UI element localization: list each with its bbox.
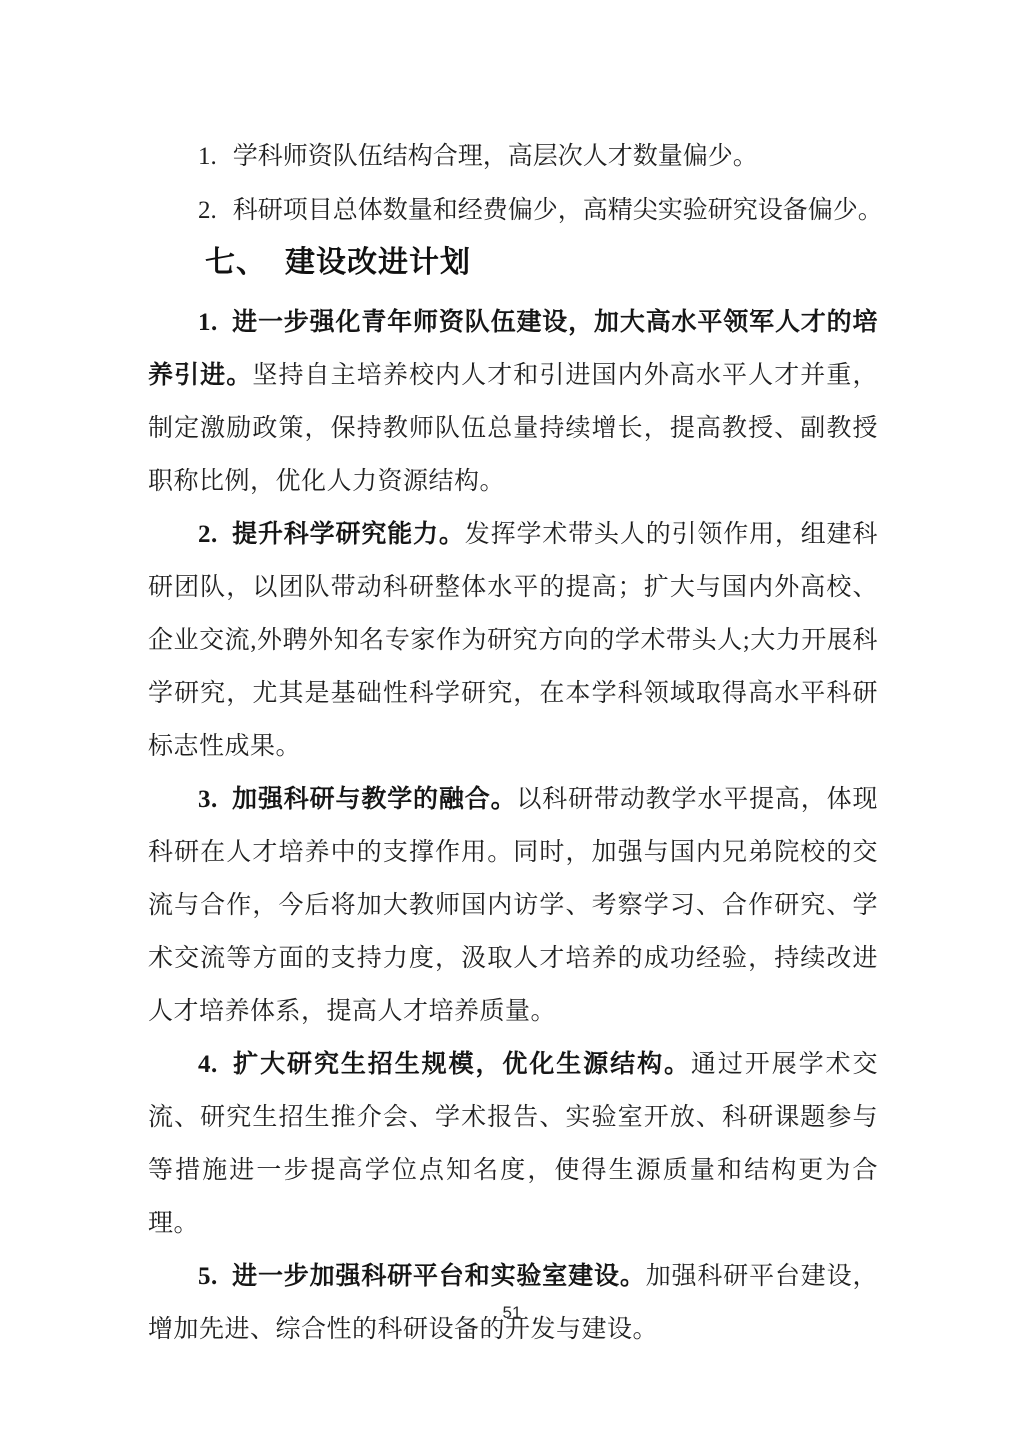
list-item-text: 学科师资队伍结构合理，高层次人才数量偏少。 [233, 143, 758, 170]
paragraph-lead-bold: 2.提升科学研究能力。 [198, 521, 465, 548]
document-page: 1.学科师资队伍结构合理，高层次人才数量偏少。 2.科研项目总体数量和经费偏少，… [0, 0, 1024, 1448]
plan-paragraph: 3.加强科研与教学的融合。以科研带动教学水平提高，体现科研在人才培养中的支撑作用… [148, 773, 878, 1038]
list-item-number: 2. [198, 197, 217, 224]
section-heading: 七、建设改进计划 [148, 242, 878, 284]
paragraph-number: 5. [198, 1263, 218, 1290]
conclusion-list: 1.学科师资队伍结构合理，高层次人才数量偏少。 2.科研项目总体数量和经费偏少，… [148, 130, 878, 238]
paragraph-lead-bold: 4.扩大研究生招生规模，优化生源结构。 [198, 1051, 691, 1078]
paragraph-number: 3. [198, 786, 218, 813]
list-item-text: 科研项目总体数量和经费偏少，高精尖实验研究设备偏少。 [233, 197, 883, 224]
paragraph-lead-text: 提升科学研究能力。 [232, 521, 465, 548]
document-content: 1.学科师资队伍结构合理，高层次人才数量偏少。 2.科研项目总体数量和经费偏少，… [148, 130, 878, 1356]
paragraph-body-text: 通过开展学术交流、研究生招生推介会、学术报告、实验室开放、科研课题参与等措施进一… [148, 1051, 878, 1237]
plan-paragraph: 1.进一步强化青年师资队伍建设，加大高水平领军人才的培养引进。坚持自主培养校内人… [148, 296, 878, 508]
paragraph-body-text: 发挥学术带头人的引领作用，组建科研团队，以团队带动科研整体水平的提高；扩大与国内… [148, 521, 878, 760]
paragraph-lead-text: 加强科研与教学的融合。 [232, 786, 517, 813]
page-number: 51 [503, 1303, 522, 1322]
plan-paragraph: 2.提升科学研究能力。发挥学术带头人的引领作用，组建科研团队，以团队带动科研整体… [148, 508, 878, 773]
paragraph-lead-text: 扩大研究生招生规模，优化生源结构。 [232, 1051, 691, 1078]
paragraph-number: 1. [198, 309, 218, 336]
section-heading-numeral: 七、 [205, 246, 267, 279]
paragraph-number: 2. [198, 521, 218, 548]
plan-paragraph-list: 1.进一步强化青年师资队伍建设，加大高水平领军人才的培养引进。坚持自主培养校内人… [148, 296, 878, 1356]
paragraph-body-text: 以科研带动教学水平提高，体现科研在人才培养中的支撑作用。同时，加强与国内兄弟院校… [148, 786, 878, 1025]
page-footer: 51 [0, 1303, 1024, 1323]
section-heading-title: 建设改进计划 [285, 246, 471, 279]
paragraph-number: 4. [198, 1051, 218, 1078]
paragraph-body-text: 坚持自主培养校内人才和引进国内外高水平人才并重，制定激励政策，保持教师队伍总量持… [148, 362, 878, 495]
paragraph-lead-text: 进一步加强科研平台和实验室建设。 [232, 1263, 646, 1290]
list-item: 2.科研项目总体数量和经费偏少，高精尖实验研究设备偏少。 [148, 184, 878, 238]
list-item-number: 1. [198, 143, 217, 170]
paragraph-lead-bold: 3.加强科研与教学的融合。 [198, 786, 516, 813]
paragraph-lead-bold: 5.进一步加强科研平台和实验室建设。 [198, 1263, 646, 1290]
plan-paragraph: 4.扩大研究生招生规模，优化生源结构。通过开展学术交流、研究生招生推介会、学术报… [148, 1038, 878, 1250]
list-item: 1.学科师资队伍结构合理，高层次人才数量偏少。 [148, 130, 878, 184]
